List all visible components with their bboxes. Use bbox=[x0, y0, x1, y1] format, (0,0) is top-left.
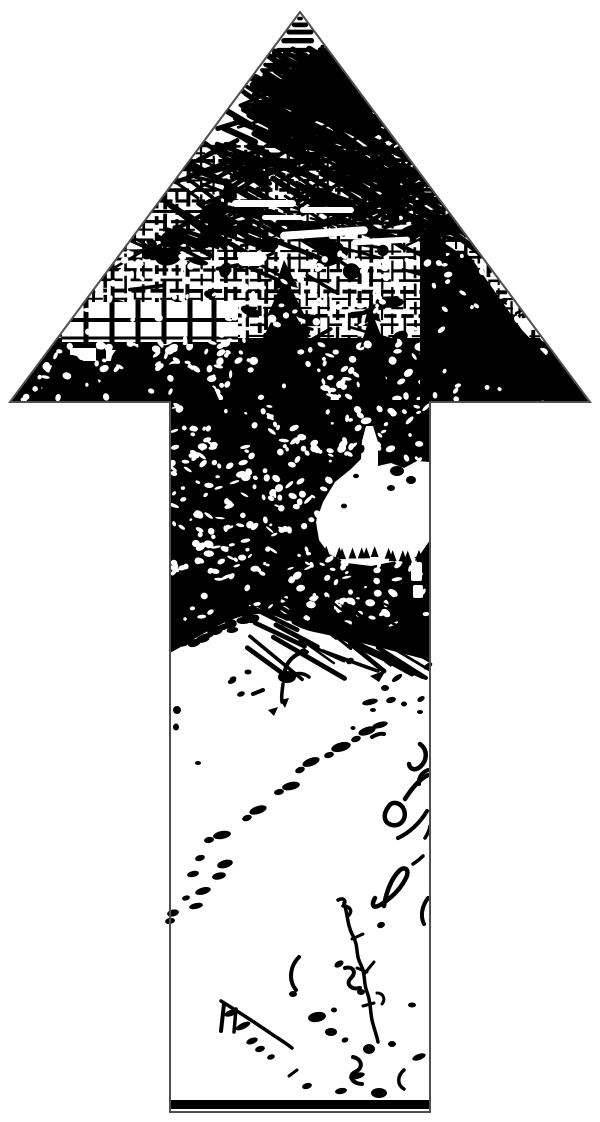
arrow-woodcut-illustration bbox=[0, 0, 600, 1122]
bottom-edge-bar bbox=[169, 1100, 431, 1109]
arrow-cutout-stage bbox=[0, 0, 600, 1122]
forest-hill-and-logband-texture bbox=[167, 400, 447, 1114]
arrowhead-engraving-texture bbox=[0, 17, 600, 415]
